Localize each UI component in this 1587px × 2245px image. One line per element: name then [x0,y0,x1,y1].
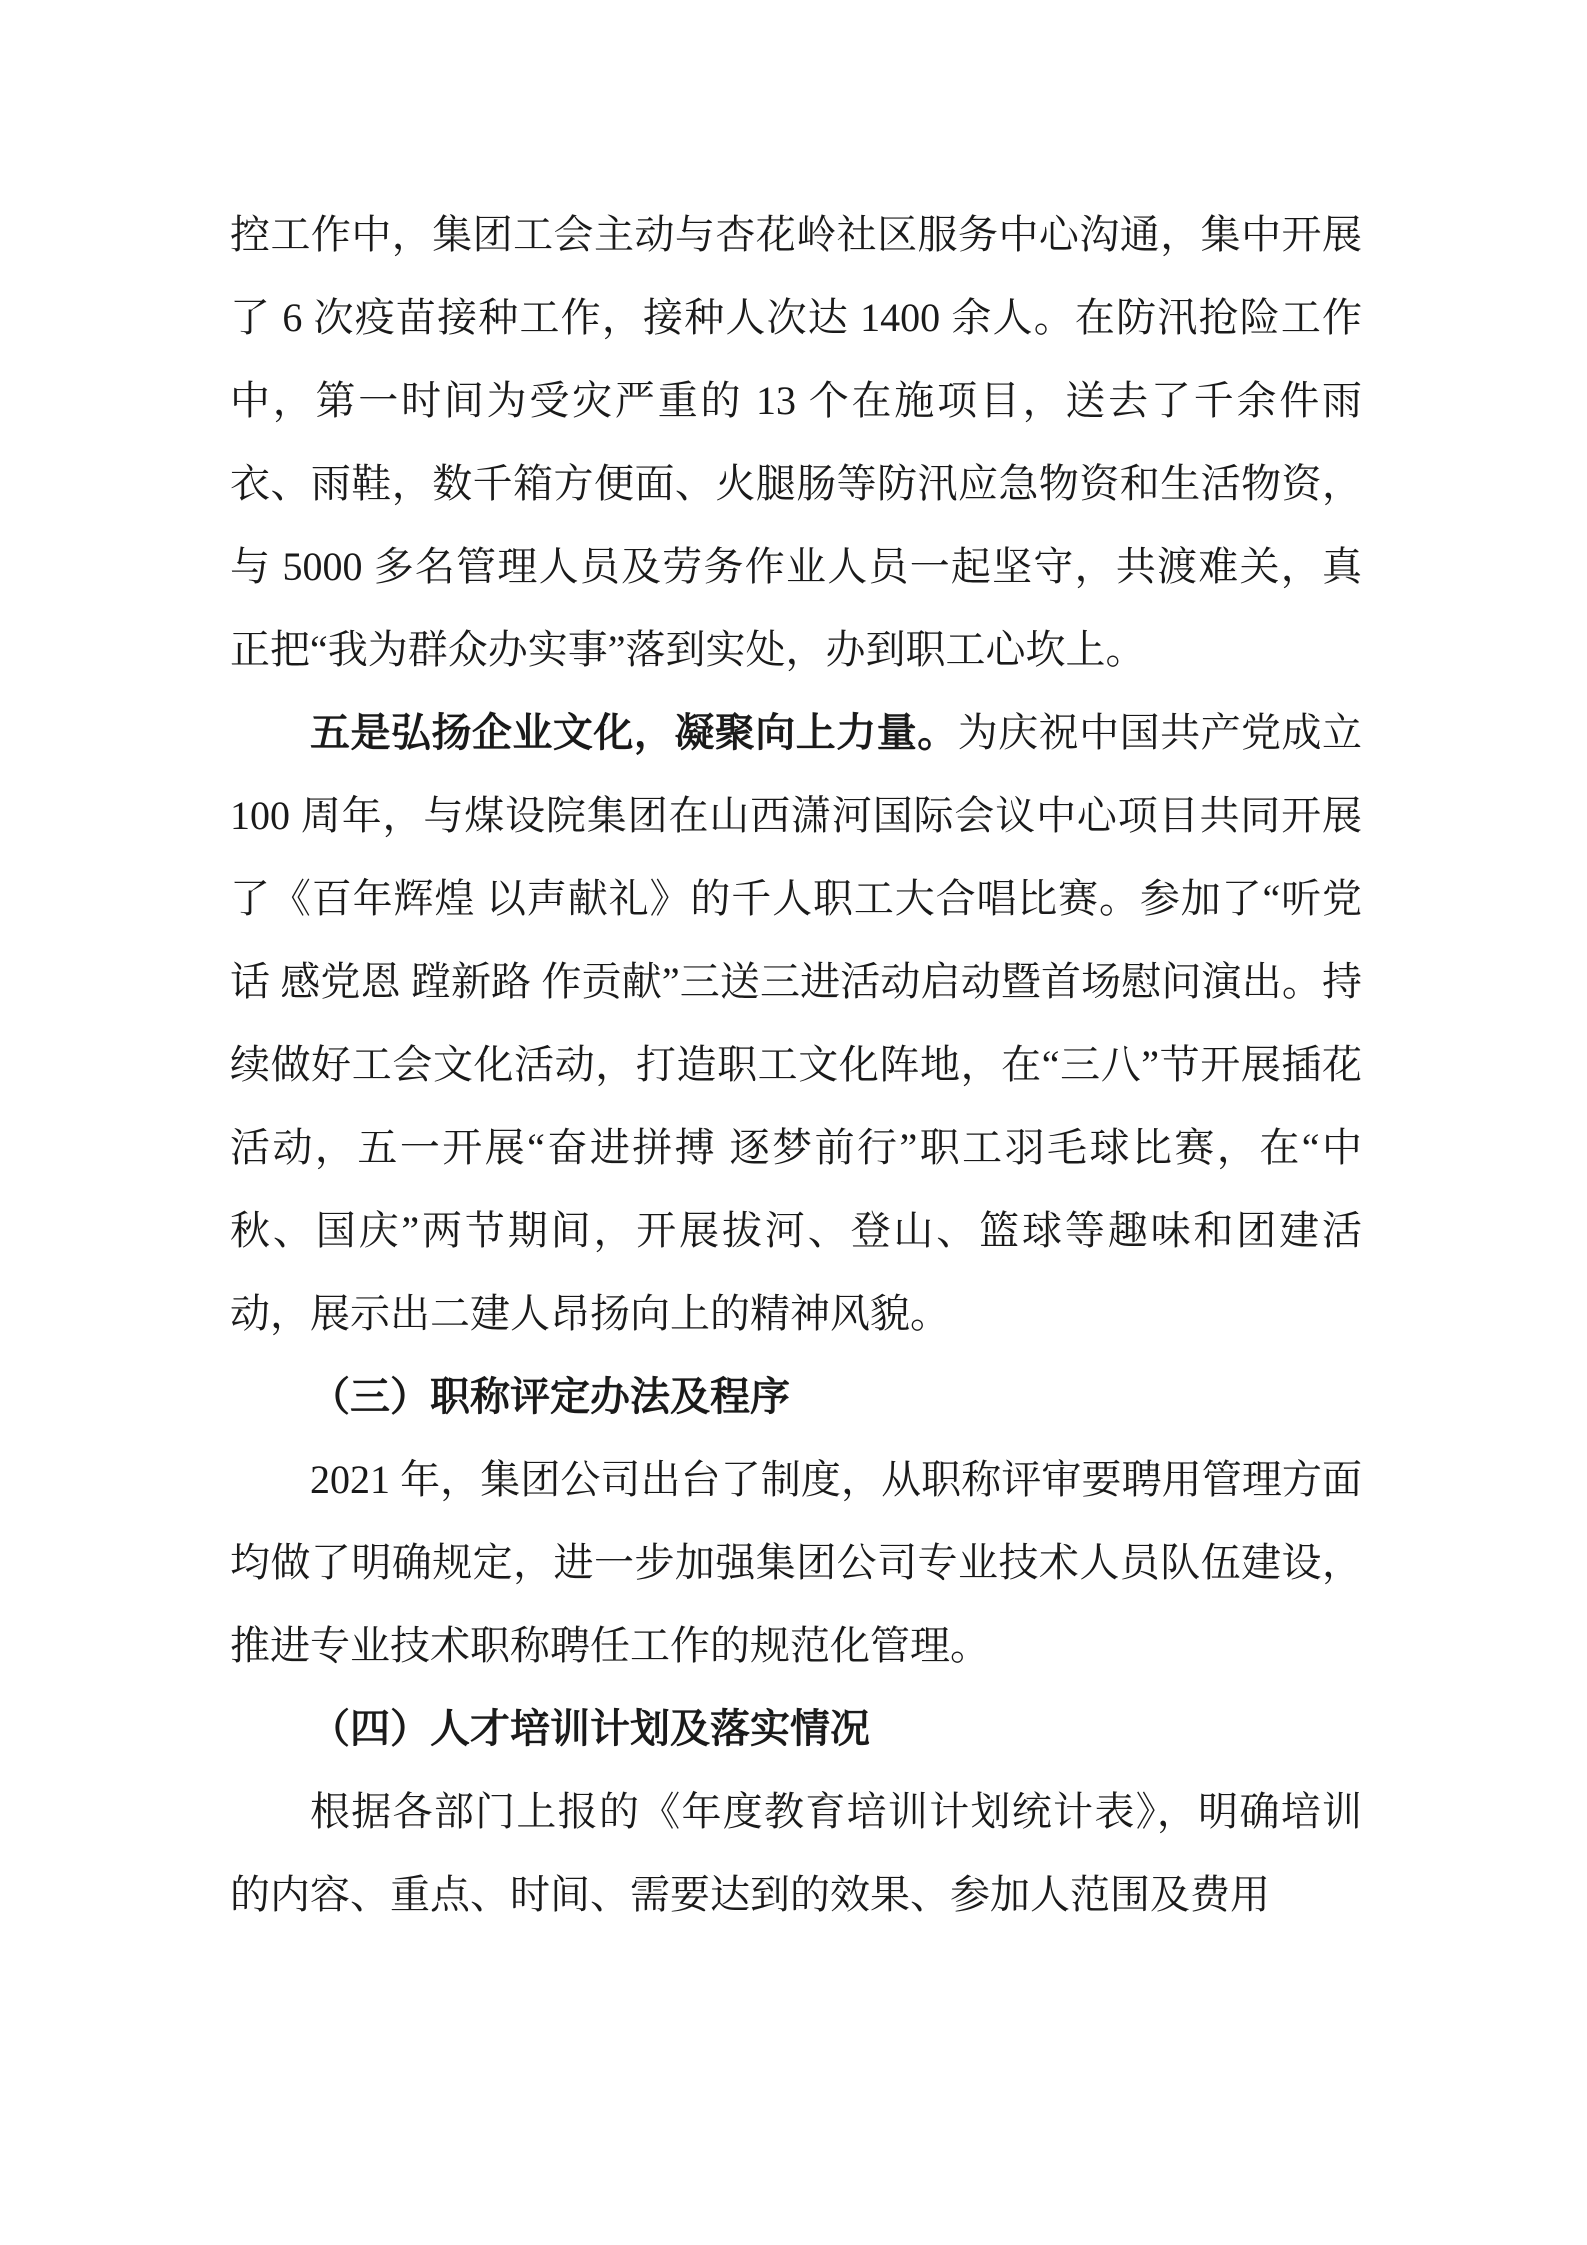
paragraph-lead-bold: 五是弘扬企业文化，凝聚向上力量。 [310,710,958,755]
paragraph-title-evaluation: 2021 年，集团公司出台了制度，从职称评审要聘用管理方面均做了明确规定，进一步… [230,1438,1362,1687]
document-page: 控工作中，集团工会主动与杏花岭社区服务中心沟通，集中开展了 6 次疫苗接种工作，… [0,0,1587,2245]
paragraph-body-text: 为庆祝中国共产党成立 100 周年，与煤设院集团在山西潇河国际会议中心项目共同开… [230,710,1362,1336]
paragraph-enterprise-culture: 五是弘扬企业文化，凝聚向上力量。为庆祝中国共产党成立 100 周年，与煤设院集团… [230,691,1362,1355]
paragraph-training-plan: 根据各部门上报的《年度教育培训计划统计表》，明确培训的内容、重点、时间、需要达到… [230,1770,1362,1936]
section-heading-3-title-evaluation: （三）职称评定办法及程序 [230,1355,1362,1438]
paragraph-pandemic-flood-relief: 控工作中，集团工会主动与杏花岭社区服务中心沟通，集中开展了 6 次疫苗接种工作，… [230,193,1362,691]
section-heading-4-training-plan: （四）人才培训计划及落实情况 [230,1687,1362,1770]
